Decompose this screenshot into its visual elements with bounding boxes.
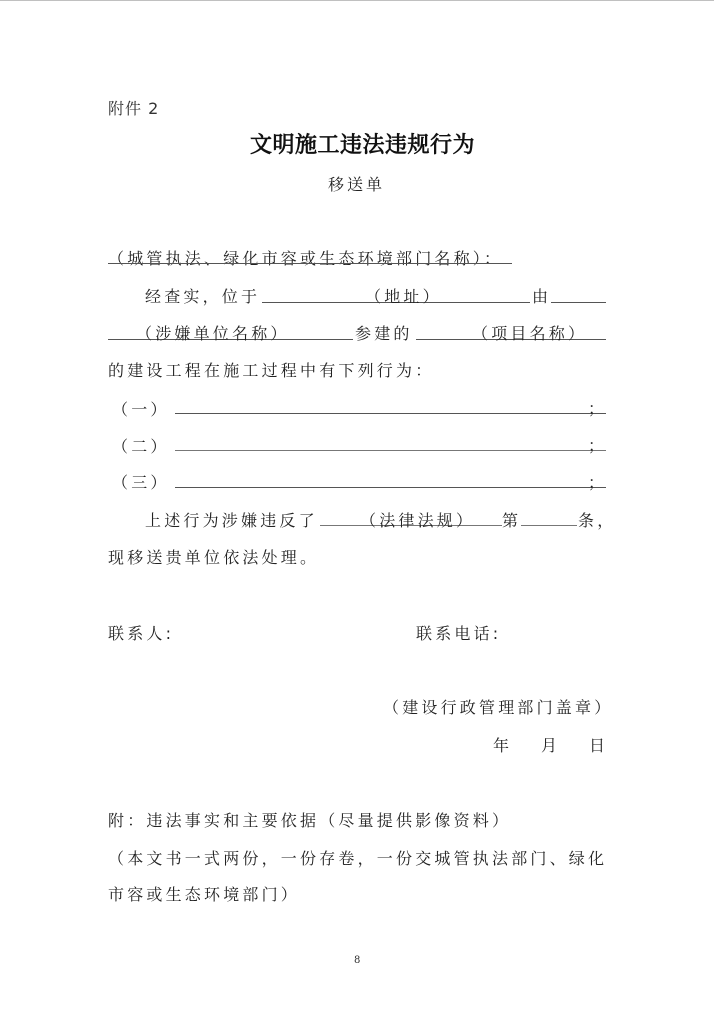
page-number: 8 — [354, 955, 360, 966]
address-hint: （地址） — [365, 284, 442, 307]
law-hint: （法律法规） — [360, 508, 475, 531]
page-top-border — [0, 0, 714, 1]
unit-name-hint: （涉嫌单位名称） — [136, 321, 290, 344]
closing-text: 现移送贵单位依法处理。 — [108, 545, 319, 568]
violation-field-2[interactable] — [175, 450, 606, 451]
project-name-hint: （项目名称） — [472, 321, 587, 344]
participate-label: 参建的 — [355, 321, 413, 344]
document-title: 文明施工违法违规行为 — [250, 128, 475, 159]
violation-label-2: （二） — [112, 434, 170, 457]
addressee-placeholder: （城管执法、绿化市容或生态环境部门名称）： — [108, 246, 503, 269]
violation-end-3: ； — [588, 470, 604, 493]
law-prefix: 上述行为涉嫌违反了 — [145, 508, 318, 531]
article-field[interactable] — [521, 525, 577, 526]
line1-prefix: 经查实，位于 — [145, 284, 260, 307]
violation-label-3: （三） — [112, 470, 170, 493]
copy-note-line2: 市容或生态环境部门） — [108, 882, 300, 905]
line3-text: 的建设工程在施工过程中有下列行为： — [108, 358, 434, 381]
violation-field-1[interactable] — [175, 413, 606, 414]
article-suffix: 条， — [578, 508, 616, 531]
appendix-note: 附：违法事实和主要依据（尽量提供影像资料） — [108, 808, 511, 831]
violation-end-2: ； — [588, 433, 604, 456]
date-year: 年 — [493, 733, 512, 756]
addressee-underline[interactable] — [108, 263, 512, 264]
line1-by: 由 — [532, 284, 551, 307]
document-subtitle: 移送单 — [328, 172, 385, 195]
date-day: 日 — [589, 733, 608, 756]
date-month: 月 — [541, 733, 560, 756]
violation-field-3[interactable] — [175, 487, 606, 488]
copy-note-line1: （本文书一式两份，一份存卷，一份交城管执法部门、绿化 — [108, 846, 607, 869]
attachment-label: 附件 2 — [108, 96, 159, 119]
violation-end-1: ； — [588, 396, 604, 419]
contact-phone-label: 联系电话: — [416, 621, 501, 644]
seal-label: （建设行政管理部门盖章） — [383, 695, 613, 718]
contact-person-label: 联系人: — [108, 621, 174, 644]
by-field[interactable] — [551, 302, 606, 303]
article-prefix: 第 — [502, 508, 521, 531]
violation-label-1: （一） — [112, 397, 170, 420]
